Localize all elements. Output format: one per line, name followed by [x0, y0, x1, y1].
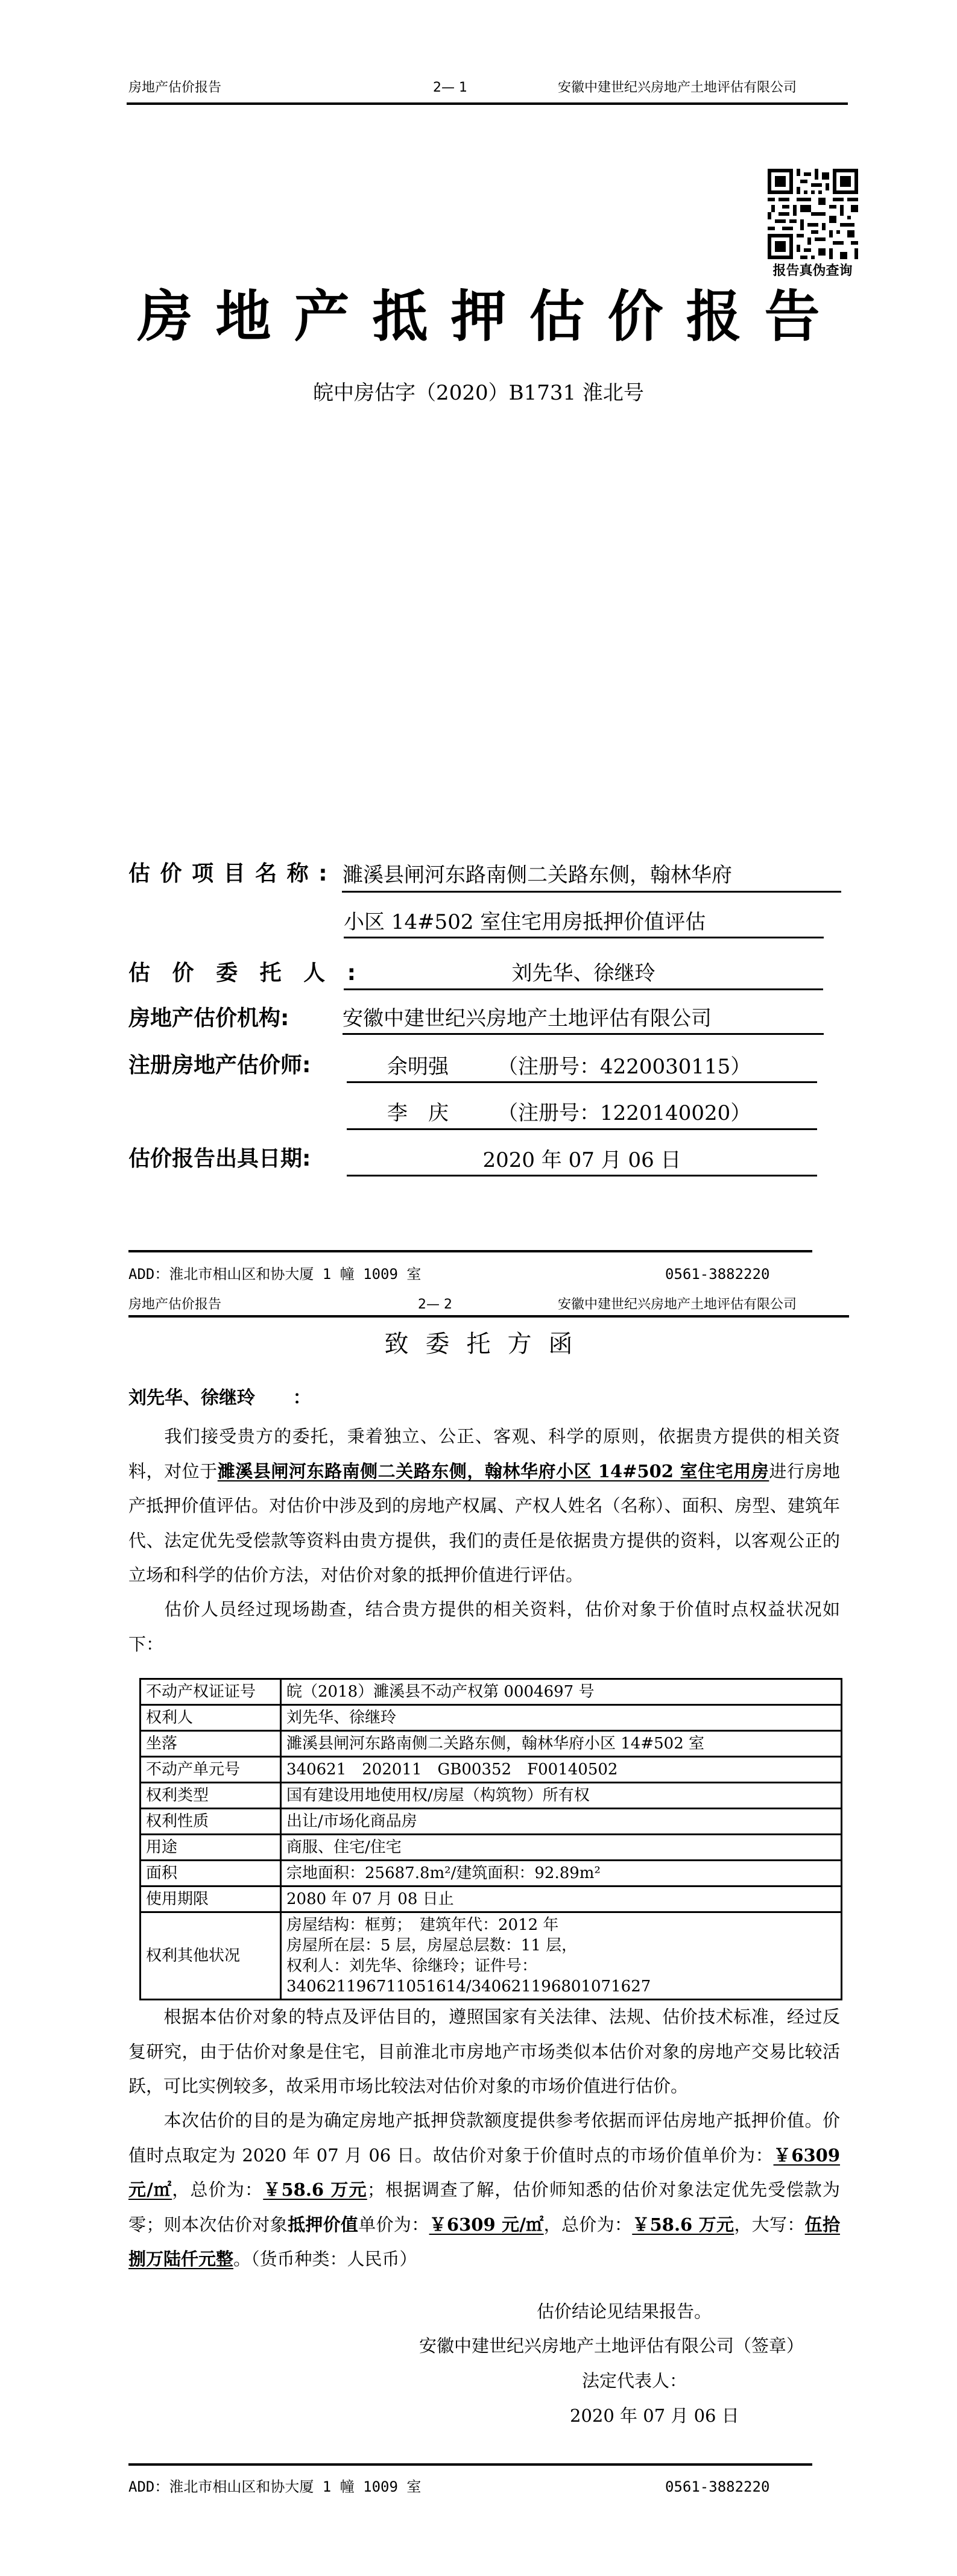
other-status-line: 房屋所在层：5 层，房屋总层数：11 层， — [286, 1935, 836, 1956]
valuation-text: 。（货币种类：人民币） — [233, 2249, 417, 2269]
row-key: 权利其他状况 — [141, 1912, 281, 2000]
qr-code-icon[interactable] — [768, 169, 858, 259]
client-label: 估 价 委 托 人 : — [128, 960, 363, 987]
table-row: 不动产权证证号皖（2018）濉溪县不动产权第 0004697 号 — [141, 1679, 842, 1705]
footer-rule — [128, 1250, 812, 1252]
mortgage-value-label: 抵押价值 — [288, 2214, 358, 2235]
row-value: 宗地面积：25687.8m²/建筑面积：92.89m² — [281, 1861, 842, 1886]
appraiser-2-underline — [347, 1128, 817, 1130]
row-key: 权利类型 — [141, 1783, 281, 1809]
market-total-price: ￥58.6 万元 — [263, 2179, 367, 2200]
footer-rule — [128, 2463, 812, 2466]
table-row: 坐落濉溪县闸河东路南侧二关路东侧，翰林华府小区 14#502 室 — [141, 1731, 842, 1757]
project-name-line2: 小区 14#502 室住宅用房抵押价值评估 — [344, 908, 706, 936]
valuation-text: ，总价为： — [172, 2179, 263, 2200]
footer-phone: 0561-3882220 — [665, 2478, 769, 2495]
row-key: 用途 — [141, 1835, 281, 1861]
rights-table: 不动产权证证号皖（2018）濉溪县不动产权第 0004697 号 权利人刘先华、… — [139, 1678, 842, 2000]
other-status-line: 房屋结构：框剪； 建筑年代：2012 年 — [286, 1915, 836, 1935]
subject-property: 濉溪县闸河东路南侧二关路东侧，翰林华府小区 14#502 室住宅用房 — [218, 1461, 769, 1481]
issue-date-label: 估价报告出具日期: — [128, 1145, 311, 1173]
row-value: 濉溪县闸河东路南侧二关路东侧，翰林华府小区 14#502 室 — [281, 1731, 842, 1757]
valuation-text: 单价为： — [358, 2214, 429, 2235]
header-left: 房地产估价报告 — [128, 80, 221, 96]
agency-value: 安徽中建世纪兴房地产土地评估有限公司 — [343, 1005, 712, 1032]
issue-date-underline — [347, 1175, 817, 1176]
row-key: 面积 — [141, 1861, 281, 1886]
company-seal: 安徽中建世纪兴房地产土地评估有限公司（签章） — [419, 2334, 804, 2358]
header-rule — [128, 1315, 849, 1318]
valuation-text: 本次估价的目的是为确定房地产抵押贷款额度提供参考依据而评估房地产抵押价值。价值时… — [128, 2110, 840, 2166]
valuation-text: ，大写： — [734, 2214, 804, 2235]
table-row: 使用期限2080 年 07 月 08 日止 — [141, 1886, 842, 1912]
header-left: 房地产估价报告 — [128, 1297, 221, 1313]
mortgage-total-price: ￥58.6 万元 — [632, 2214, 734, 2235]
row-value: 皖（2018）濉溪县不动产权第 0004697 号 — [281, 1679, 842, 1705]
paragraph-intro: 我们接受贵方的委托，秉着独立、公正、客观、科学的原则，依据贵方提供的相关资料，对… — [128, 1419, 840, 1593]
row-key: 坐落 — [141, 1731, 281, 1757]
header-rule — [127, 102, 848, 105]
row-key: 使用期限 — [141, 1886, 281, 1912]
header-page-number: 2— 2 — [418, 1297, 452, 1313]
addressee: 刘先华、徐继玲 ： — [128, 1386, 311, 1410]
row-key: 权利性质 — [141, 1809, 281, 1835]
project-name-line1: 濉溪县闸河东路南侧二关路东侧，翰林华府 — [343, 861, 732, 889]
appraiser-1-reg: （注册号：4220030115） — [497, 1053, 751, 1081]
client-underline — [344, 988, 823, 990]
footer-phone: 0561-3882220 — [665, 1266, 769, 1283]
survey-text: 估价人员经过现场勘查，结合贵方提供的相关资料，估价对象于价值时点权益状况如下： — [128, 1599, 840, 1654]
row-value: 国有建设用地使用权/房屋（构筑物）所有权 — [281, 1783, 842, 1809]
row-value: 2080 年 07 月 08 日止 — [281, 1886, 842, 1912]
header-company: 安徽中建世纪兴房地产土地评估有限公司 — [558, 80, 797, 96]
paragraph-valuation: 本次估价的目的是为确定房地产抵押贷款额度提供参考依据而评估房地产抵押价值。价值时… — [128, 2103, 840, 2277]
valuation-text: ，总价为： — [544, 2214, 633, 2235]
row-key: 权利人 — [141, 1705, 281, 1731]
paragraph-survey: 估价人员经过现场勘查，结合贵方提供的相关资料，估价对象于价值时点权益状况如下： — [128, 1592, 840, 1662]
agency-label: 房地产估价机构: — [128, 1005, 289, 1032]
legal-representative: 法定代表人： — [582, 2369, 687, 2393]
other-status-line: 权利人：刘先华、徐继玲；证件号： — [286, 1956, 836, 1976]
table-row: 用途商服、住宅/住宅 — [141, 1835, 842, 1861]
row-key: 不动产权证证号 — [141, 1679, 281, 1705]
row-value: 340621 202011 GB00352 F00140502 — [281, 1757, 842, 1783]
client-value: 刘先华、徐继玲 — [344, 960, 823, 987]
qr-caption: 报告真伪查询 — [763, 260, 862, 279]
conclusion-note: 估价结论见结果报告。 — [537, 2299, 712, 2323]
report-title: 房地产抵押估价报告 — [0, 283, 957, 350]
project-name-underline-2 — [344, 937, 824, 938]
appraisers-label: 注册房地产估价师: — [128, 1052, 311, 1079]
project-name-label: 估 价 项 目 名 称 : — [128, 860, 329, 888]
table-row: 权利人刘先华、徐继玲 — [141, 1705, 842, 1731]
footer-address: ADD：淮北市相山区和协大厦 1 幢 1009 室 — [128, 1266, 421, 1283]
table-row: 权利其他状况 房屋结构：框剪； 建筑年代：2012 年 房屋所在层：5 层，房屋… — [141, 1912, 842, 2000]
letter-date: 2020 年 07 月 06 日 — [570, 2404, 739, 2428]
row-value: 刘先华、徐继玲 — [281, 1705, 842, 1731]
paragraph-method: 根据本估价对象的特点及评估目的，遵照国家有关法律、法规、估价技术标准，经过反复研… — [128, 2000, 840, 2104]
footer-address: ADD：淮北市相山区和协大厦 1 幢 1009 室 — [128, 2478, 421, 2495]
appraiser-2-reg: （注册号：1220140020） — [497, 1099, 751, 1127]
table-row: 面积宗地面积：25687.8m²/建筑面积：92.89m² — [141, 1861, 842, 1886]
issue-date-value: 2020 年 07 月 06 日 — [347, 1146, 817, 1174]
mortgage-unit-price: ￥6309 元/㎡ — [429, 2214, 544, 2235]
row-value: 房屋结构：框剪； 建筑年代：2012 年 房屋所在层：5 层，房屋总层数：11 … — [281, 1912, 842, 2000]
letter-title: 致委托方函 — [0, 1329, 957, 1359]
table-row: 权利类型国有建设用地使用权/房屋（构筑物）所有权 — [141, 1783, 842, 1809]
row-key: 不动产单元号 — [141, 1757, 281, 1783]
row-value: 商服、住宅/住宅 — [281, 1835, 842, 1861]
other-status-line: 340621196711051614/340621196801071627 — [286, 1976, 836, 1997]
document-number: 皖中房估字（2020）B1731 淮北号 — [0, 380, 957, 406]
appraiser-1-underline — [347, 1081, 817, 1083]
table-row: 权利性质出让/市场化商品房 — [141, 1809, 842, 1835]
method-text: 根据本估价对象的特点及评估目的，遵照国家有关法律、法规、估价技术标准，经过反复研… — [128, 2006, 840, 2096]
appraiser-2-name: 李 庆 — [387, 1099, 449, 1127]
appraiser-1-name: 余明强 — [387, 1053, 449, 1081]
header-page-number: 2— 1 — [433, 80, 467, 96]
agency-underline — [343, 1033, 824, 1035]
header-company: 安徽中建世纪兴房地产土地评估有限公司 — [558, 1297, 797, 1313]
project-name-underline-1 — [342, 891, 841, 893]
table-row: 不动产单元号340621 202011 GB00352 F00140502 — [141, 1757, 842, 1783]
row-value: 出让/市场化商品房 — [281, 1809, 842, 1835]
